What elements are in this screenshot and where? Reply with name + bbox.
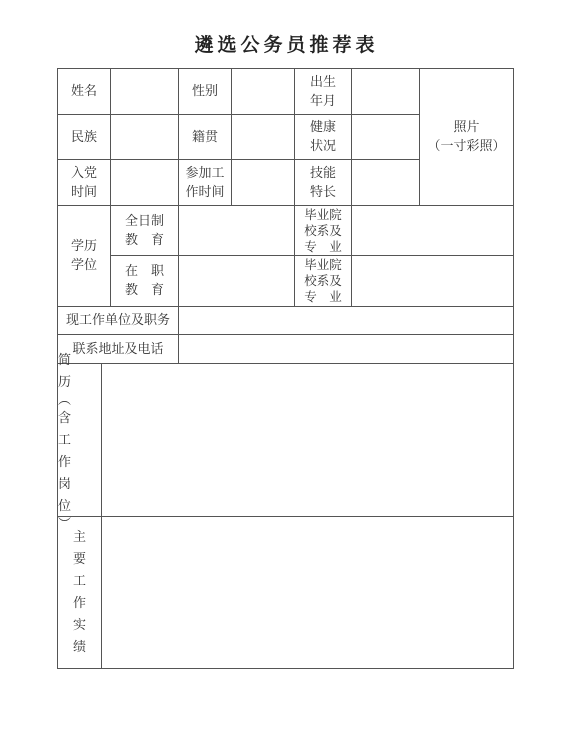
education-degree-label: 学历 学位	[57, 205, 111, 307]
skills-field[interactable]	[351, 159, 420, 206]
resume-label: 简 历 ︵ 含 工 作 岗 位 ︶	[57, 363, 102, 517]
party-join-date-label: 入党 时间	[57, 159, 111, 206]
work-start-date-label: 参加工 作时间	[178, 159, 232, 206]
achievements-label-char: 绩	[73, 637, 86, 659]
skills-label: 技能 特长	[294, 159, 352, 206]
contact-field[interactable]	[178, 334, 514, 364]
achievements-field[interactable]	[101, 516, 514, 669]
achievements-label-char: 工	[73, 571, 86, 593]
achievements-label-char: 实	[73, 615, 86, 637]
inservice-school-major-field[interactable]	[351, 255, 514, 307]
fulltime-education-label: 全日制 教 育	[110, 205, 179, 256]
resume-label-char: 含	[58, 408, 71, 430]
work-start-date-field[interactable]	[231, 159, 295, 206]
resume-field[interactable]	[101, 363, 514, 517]
birth-date-label: 出生 年月	[294, 68, 352, 115]
resume-label-char: 岗	[58, 474, 71, 496]
inservice-education-field[interactable]	[178, 255, 295, 307]
achievements-label-char: 要	[73, 549, 86, 571]
name-label: 姓名	[57, 68, 111, 115]
current-position-label: 现工作单位及职务	[57, 306, 179, 335]
native-place-field[interactable]	[231, 114, 295, 160]
current-position-field[interactable]	[178, 306, 514, 335]
gender-field[interactable]	[231, 68, 295, 115]
party-join-date-field[interactable]	[110, 159, 179, 206]
fulltime-education-field[interactable]	[178, 205, 295, 256]
health-status-field[interactable]	[351, 114, 420, 160]
native-place-label: 籍贯	[178, 114, 232, 160]
name-field[interactable]	[110, 68, 179, 115]
resume-label-char: ︵	[58, 394, 71, 408]
achievements-label-char: 主	[73, 527, 86, 549]
resume-label-char: 位	[58, 496, 71, 518]
ethnicity-field[interactable]	[110, 114, 179, 160]
ethnicity-label: 民族	[57, 114, 111, 160]
photo-box[interactable]: 照片 （一寸彩照）	[419, 68, 514, 206]
inservice-school-major-label: 毕业院 校系及 专 业	[294, 255, 352, 307]
achievements-label-char: 作	[73, 593, 86, 615]
birth-date-field[interactable]	[351, 68, 420, 115]
resume-label-char: 历	[58, 372, 71, 394]
resume-label-char: 简	[58, 350, 71, 372]
health-status-label: 健康 状况	[294, 114, 352, 160]
page-title: 遴选公务员推荐表	[0, 30, 573, 57]
resume-label-char: 工	[58, 430, 71, 452]
achievements-label: 主 要 工 作 实 绩	[57, 516, 102, 669]
fulltime-school-major-field[interactable]	[351, 205, 514, 256]
recommendation-form-table: 姓名 性别 出生 年月 照片 （一寸彩照） 民族 籍贯 健康 状况 入党 时间 …	[57, 68, 514, 669]
contact-label: 联系地址及电话	[57, 334, 179, 364]
inservice-education-label: 在 职 教 育	[110, 255, 179, 307]
fulltime-school-major-label: 毕业院 校系及 专 业	[294, 205, 352, 256]
resume-label-char: 作	[58, 452, 71, 474]
gender-label: 性别	[178, 68, 232, 115]
